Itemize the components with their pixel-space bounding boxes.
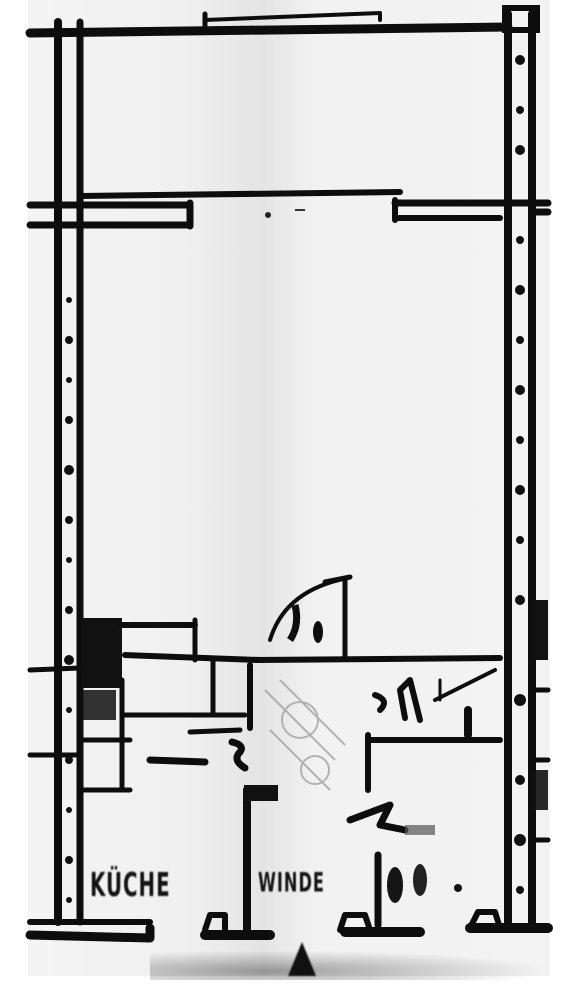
floor-plan-sheet: KÜCHE WINDE (0, 0, 570, 984)
scan-shadow (150, 950, 550, 980)
room-label-winch: WINDE (258, 868, 325, 900)
north-arrow-icon (288, 942, 316, 976)
door-swing-icon (270, 577, 350, 658)
outer-walls (30, 8, 548, 938)
room-label-kitchen: KÜCHE (90, 868, 171, 906)
upper-partition (30, 192, 548, 226)
stair-icon (265, 680, 345, 790)
right-column-hatch (514, 55, 526, 894)
left-column-hatch (64, 297, 74, 903)
floor-plan-drawing (0, 0, 570, 984)
